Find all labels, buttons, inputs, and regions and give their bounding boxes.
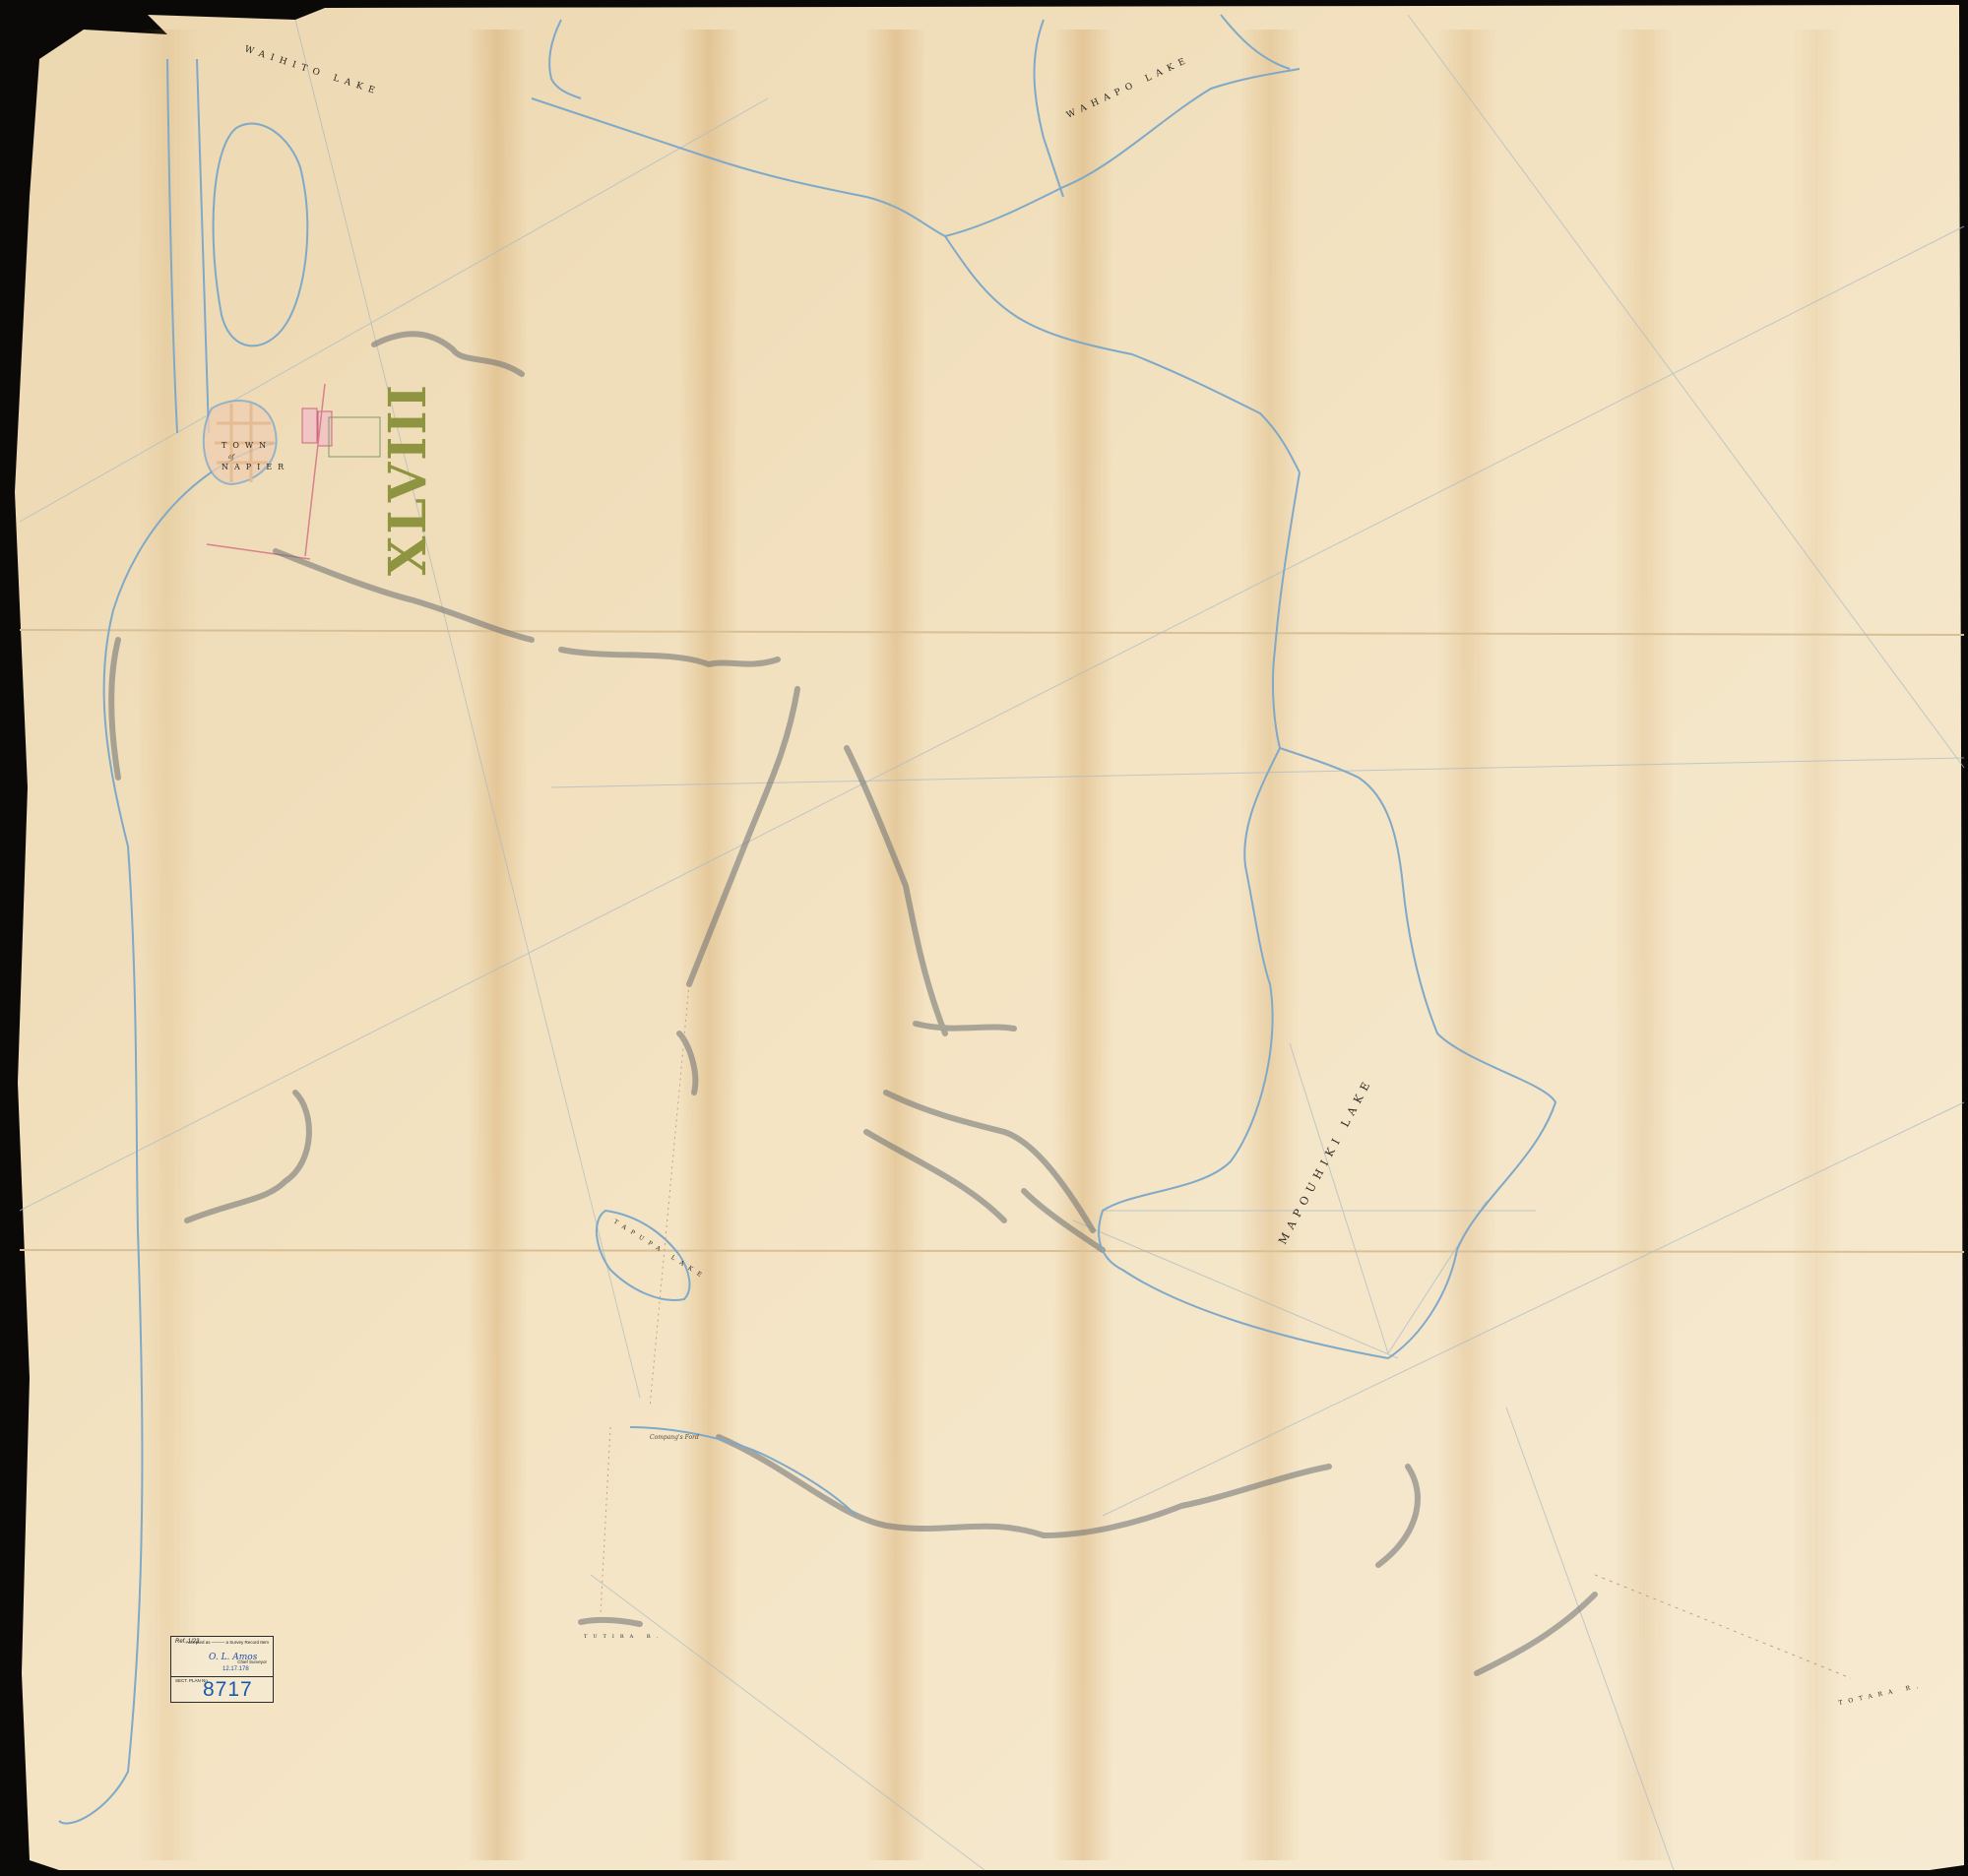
stamp-accepted-text: Accepted as ——— a Survey Record Item	[186, 1640, 269, 1645]
historical-survey-map: TOWN of NAPIER XLVIII WAIHITO LAKE	[0, 0, 1968, 1876]
town-name-label: NAPIER	[222, 463, 289, 471]
stamp-date: 12.17.178	[222, 1666, 249, 1672]
stamp-role: Chief Surveyor	[237, 1659, 267, 1664]
stamp-top-section: Ref. 1/23 Accepted as ——— a Survey Recor…	[171, 1637, 273, 1677]
town-label: TOWN	[222, 441, 272, 450]
stamp-plan-number: 8717	[203, 1678, 253, 1702]
survey-record-stamp: Ref. 1/23 Accepted as ——— a Survey Recor…	[170, 1636, 274, 1703]
ford-label: Compang's Ford	[650, 1434, 699, 1441]
sheet-number: XLVIII	[378, 383, 438, 576]
river-label-tutira: TUTIRA R.	[584, 1634, 664, 1640]
